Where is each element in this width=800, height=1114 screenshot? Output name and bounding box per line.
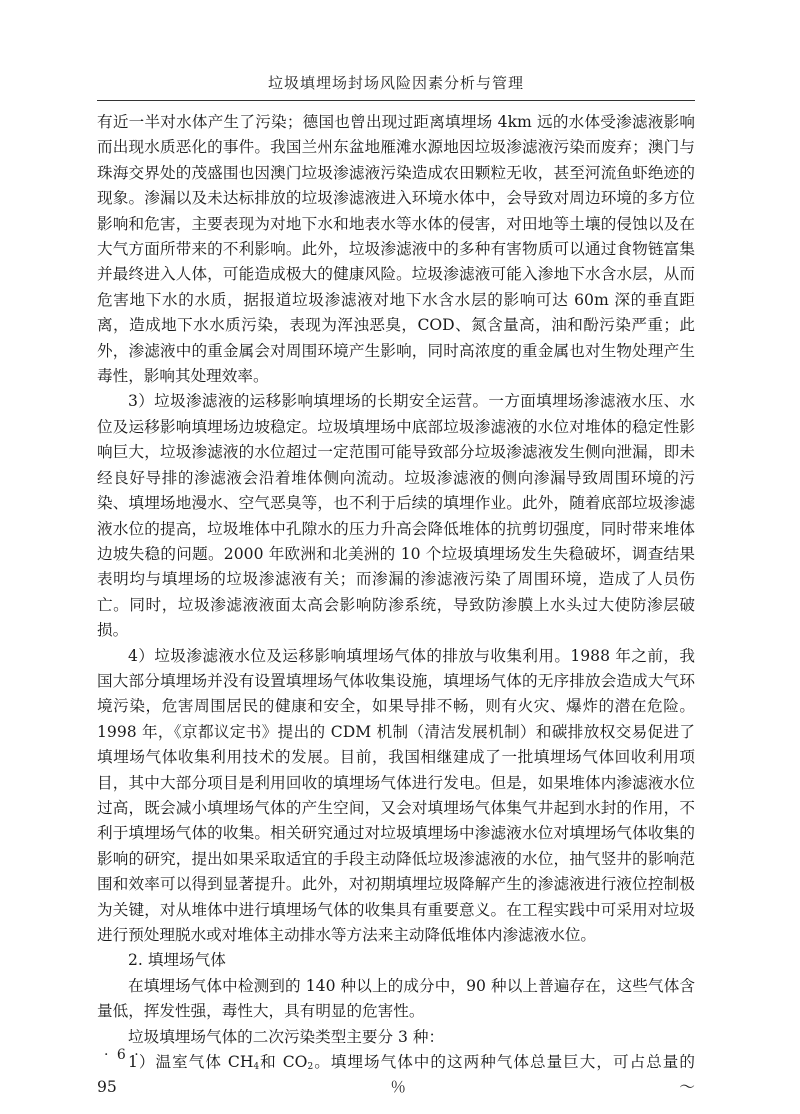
running-header: 垃圾填埋场封场风险因素分析与管理 xyxy=(97,72,695,93)
paragraph-item-4: 4）垃圾渗滤液水位及运移影响填埋场气体的排放与收集利用。1988 年之前，我国大… xyxy=(97,644,695,949)
paragraph-item-3: 3）垃圾渗滤液的运移影响填埋场的长期安全运营。一方面填埋场渗滤液水压、水位及运移… xyxy=(97,389,695,643)
paragraph-gas-components: 在填埋场气体中检测到的 140 种以上的成分中，90 种以上普遍存在，这些气体含… xyxy=(97,974,695,1025)
paragraph-pollution-types: 垃圾填埋场气体的二次污染类型主要分 3 种： xyxy=(97,1025,695,1050)
text-mid: 和 CO xyxy=(259,1053,307,1071)
section-heading-landfill-gas: 2. 填埋场气体 xyxy=(97,948,695,973)
paragraph-continued: 有近一半对水体产生了污染；德国也曾出现过距离填埋场 4km 远的水体受渗滤液影响… xyxy=(97,110,695,389)
page-number: · 6 · xyxy=(104,1047,141,1063)
text-prefix: 1）温室气体 CH xyxy=(128,1053,253,1071)
body-text: 有近一半对水体产生了污染；德国也曾出现过距离填埋场 4km 远的水体受渗滤液影响… xyxy=(97,110,695,1101)
paragraph-greenhouse-gases: 1）温室气体 CH4和 CO2。填埋场气体中的这两种气体总量巨大，可占总量的 9… xyxy=(97,1050,695,1101)
header-rule xyxy=(97,100,695,101)
